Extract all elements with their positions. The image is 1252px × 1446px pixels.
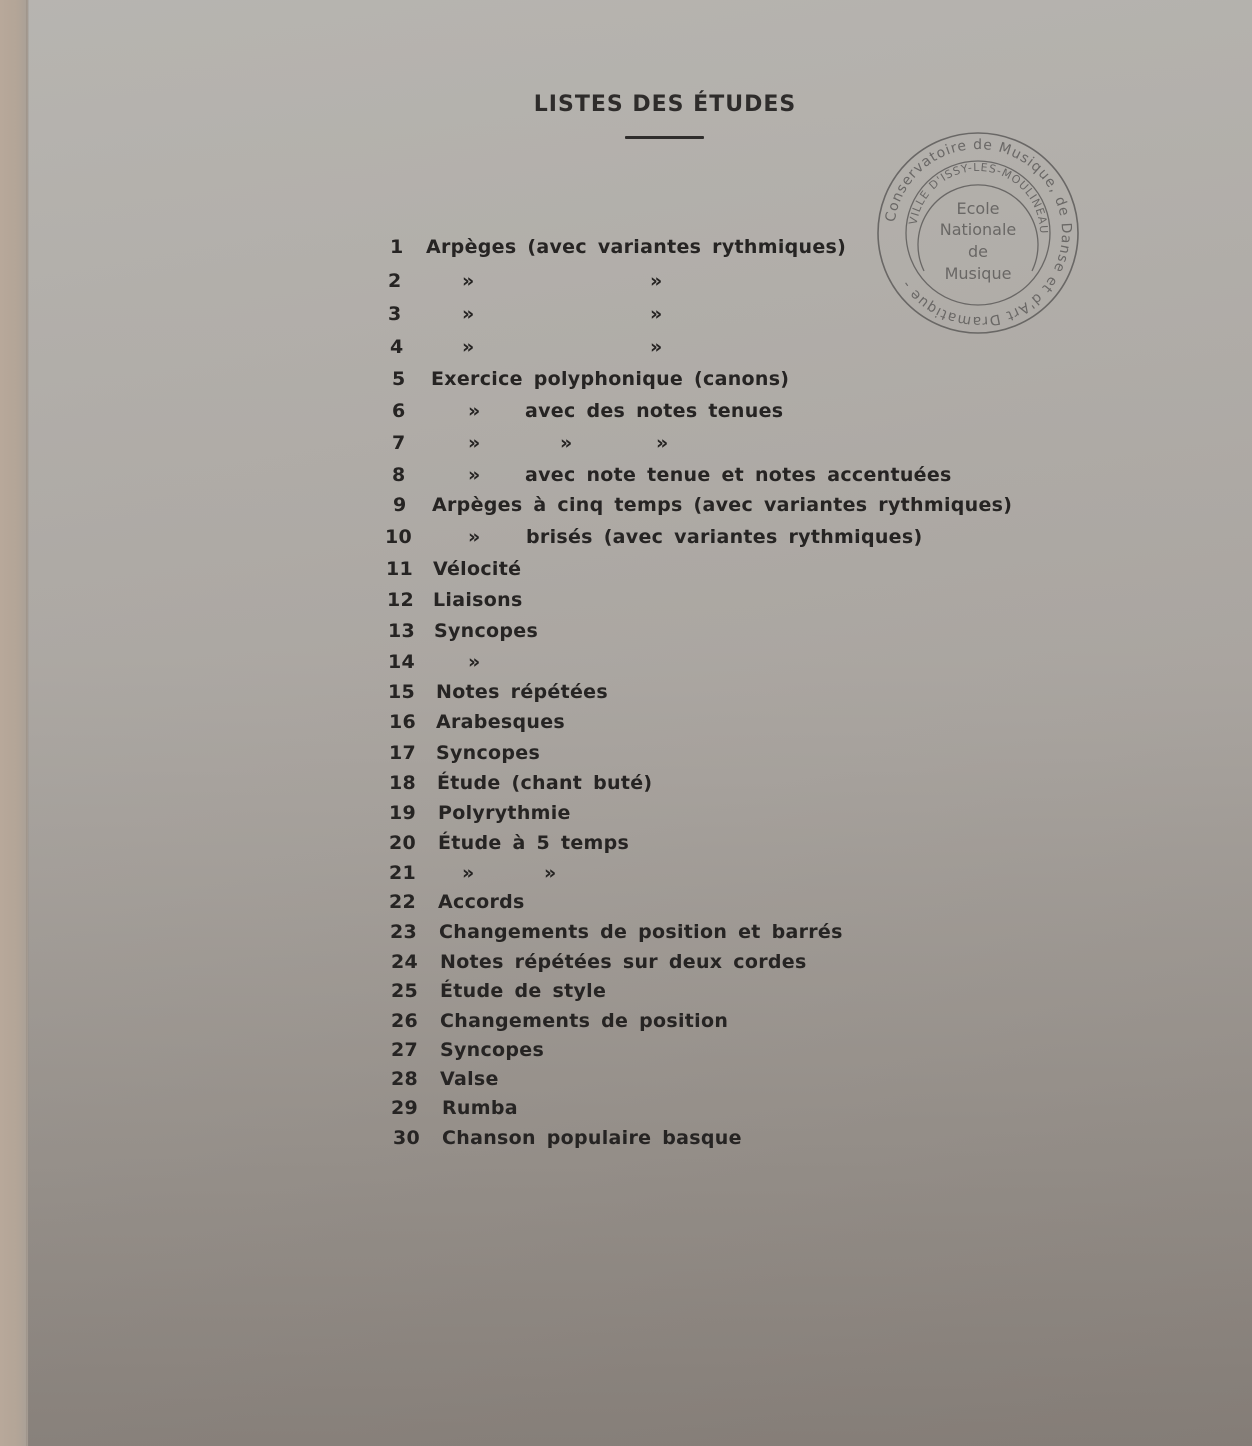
etude-title: Étude (chant buté) [437, 768, 652, 798]
etude-title: Arpèges (avec variantes rythmiques) [426, 232, 846, 262]
etude-number: 29 [391, 1093, 418, 1123]
ditto-mark: » [462, 266, 475, 296]
ditto-mark: » [468, 522, 481, 552]
etude-entry: 21»» [0, 858, 1000, 888]
etude-title: Syncopes [434, 616, 538, 646]
etude-title: avec note tenue et notes accentuées [525, 460, 952, 490]
etude-entry: 14» [0, 647, 1000, 677]
ditto-mark: » [468, 428, 481, 458]
etude-title: Changements de position [440, 1006, 728, 1036]
etude-entry: 16Arabesques [0, 707, 1000, 737]
etude-title: avec des notes tenues [525, 396, 783, 426]
etude-number: 24 [391, 947, 418, 977]
etude-number: 28 [391, 1064, 418, 1094]
ditto-mark: » [468, 647, 481, 677]
etude-number: 25 [391, 976, 418, 1006]
etude-entry: 25Étude de style [0, 976, 1000, 1006]
etude-number: 12 [387, 585, 414, 615]
ditto-mark: » [462, 332, 475, 362]
etude-title: Rumba [442, 1093, 518, 1123]
etude-number: 18 [389, 768, 416, 798]
ditto-mark: » [656, 428, 669, 458]
etude-number: 30 [393, 1123, 420, 1153]
etude-title: Liaisons [433, 585, 523, 615]
etude-number: 2 [388, 266, 402, 296]
etude-number: 17 [389, 738, 416, 768]
ditto-mark: » [462, 858, 475, 888]
etude-title: Valse [440, 1064, 499, 1094]
etude-entry: 4»» [0, 332, 1000, 362]
etude-number: 21 [389, 858, 416, 888]
etude-entry: 8»avec note tenue et notes accentuées [0, 460, 1000, 490]
ditto-mark: » [650, 266, 663, 296]
etude-title: Polyrythmie [438, 798, 571, 828]
etude-number: 11 [386, 554, 413, 584]
etude-entry: 11Vélocité [0, 554, 1000, 584]
etude-number: 8 [392, 460, 406, 490]
etude-number: 19 [389, 798, 416, 828]
ditto-mark: » [560, 428, 573, 458]
etude-entry: 29Rumba [0, 1093, 1000, 1123]
etude-entry: 13Syncopes [0, 616, 1000, 646]
etude-entry: 5Exercice polyphonique (canons) [0, 364, 1000, 394]
etude-entry: 17Syncopes [0, 738, 1000, 768]
etude-entry: 2»» [0, 266, 1000, 296]
etude-number: 10 [385, 522, 412, 552]
ditto-mark: » [650, 299, 663, 329]
page-title: LISTES DES ÉTUDES [0, 92, 1252, 117]
etude-entry: 18Étude (chant buté) [0, 768, 1000, 798]
etude-entry: 10»brisés (avec variantes rythmiques) [0, 522, 1000, 552]
etude-number: 5 [392, 364, 406, 394]
etude-number: 6 [392, 396, 406, 426]
etude-number: 16 [389, 707, 416, 737]
etude-number: 20 [389, 828, 416, 858]
etude-entry: 23Changements de position et barrés [0, 917, 1000, 947]
etude-title: Exercice polyphonique (canons) [431, 364, 789, 394]
etude-entry: 15Notes répétées [0, 677, 1000, 707]
etude-number: 26 [391, 1006, 418, 1036]
etude-entry: 26Changements de position [0, 1006, 1000, 1036]
etude-entry: 22Accords [0, 887, 1000, 917]
etude-entry: 28Valse [0, 1064, 1000, 1094]
etude-number: 1 [390, 232, 404, 262]
title-underline-rule [625, 136, 704, 139]
etude-title: Étude à 5 temps [438, 828, 629, 858]
etude-entry: 9Arpèges à cinq temps (avec variantes ry… [0, 490, 1000, 520]
stamp-center-line: Ecole [957, 199, 1000, 218]
etude-entry: 3»» [0, 299, 1000, 329]
etude-number: 13 [388, 616, 415, 646]
etude-entry: 27Syncopes [0, 1035, 1000, 1065]
etude-entry: 19Polyrythmie [0, 798, 1000, 828]
etude-number: 3 [388, 299, 402, 329]
etude-title: Syncopes [436, 738, 540, 768]
ditto-mark: » [462, 299, 475, 329]
etude-title: Vélocité [433, 554, 521, 584]
etude-number: 14 [388, 647, 415, 677]
etude-title: Étude de style [440, 976, 606, 1006]
etude-entry: 1Arpèges (avec variantes rythmiques) [0, 232, 1000, 262]
ditto-mark: » [468, 460, 481, 490]
etude-number: 23 [390, 917, 417, 947]
etude-title: brisés (avec variantes rythmiques) [526, 522, 922, 552]
etude-entry: 20Étude à 5 temps [0, 828, 1000, 858]
etude-number: 27 [391, 1035, 418, 1065]
etude-entry: 7»»» [0, 428, 1000, 458]
ditto-mark: » [468, 396, 481, 426]
etude-title: Chanson populaire basque [442, 1123, 742, 1153]
etude-number: 22 [389, 887, 416, 917]
etude-title: Notes répétées sur deux cordes [440, 947, 807, 977]
etude-number: 15 [388, 677, 415, 707]
etude-title: Syncopes [440, 1035, 544, 1065]
etude-title: Arabesques [436, 707, 565, 737]
etude-title: Notes répétées [436, 677, 608, 707]
ditto-mark: » [650, 332, 663, 362]
etude-title: Arpèges à cinq temps (avec variantes ryt… [432, 490, 1012, 520]
etude-number: 4 [390, 332, 404, 362]
ditto-mark: » [544, 858, 557, 888]
etude-number: 7 [392, 428, 406, 458]
etude-title: Accords [438, 887, 525, 917]
etude-number: 9 [393, 490, 407, 520]
etude-entry: 30Chanson populaire basque [0, 1123, 1000, 1153]
etude-entry: 12Liaisons [0, 585, 1000, 615]
etude-entry: 6»avec des notes tenues [0, 396, 1000, 426]
etude-entry: 24Notes répétées sur deux cordes [0, 947, 1000, 977]
etude-title: Changements de position et barrés [439, 917, 843, 947]
